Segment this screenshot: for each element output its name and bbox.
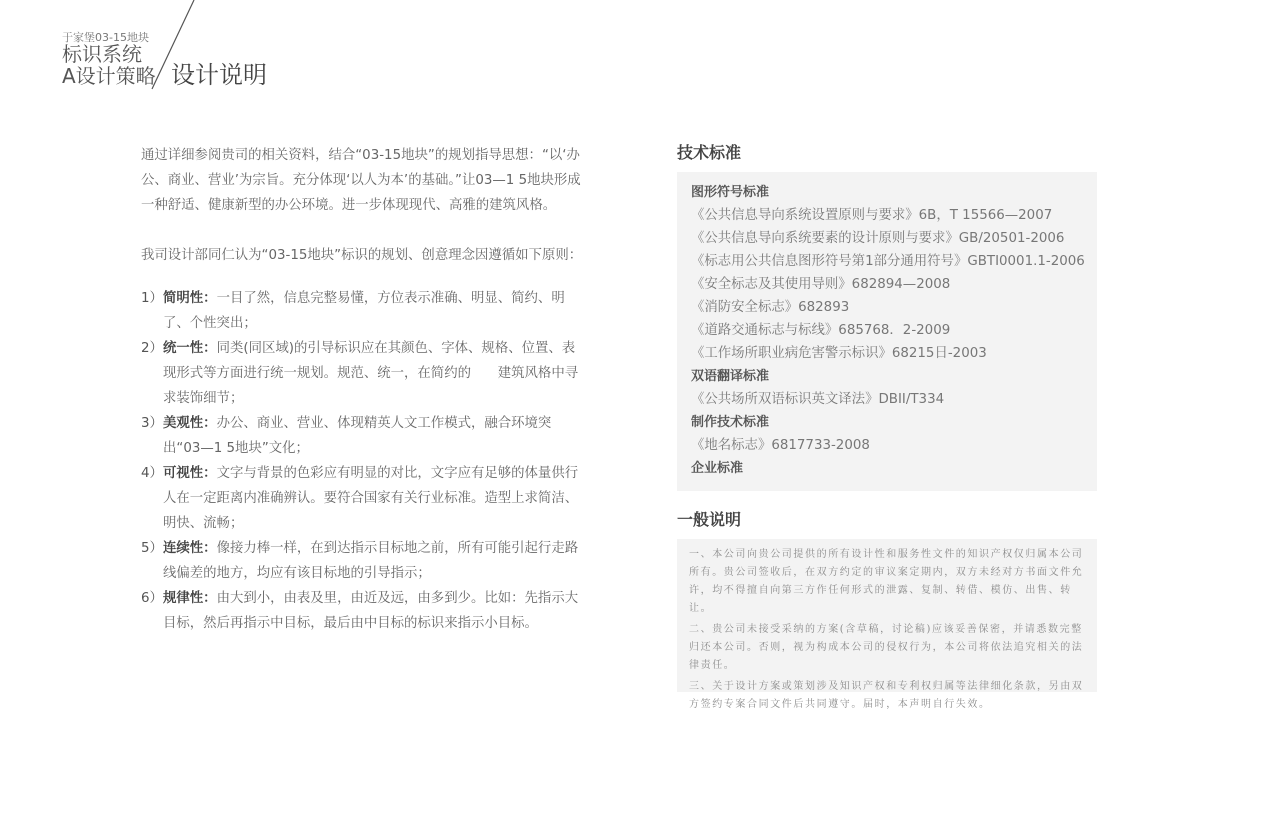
principles-list: 1）简明性：一目了然，信息完整易懂，方位表示准确、明显、简约、明了、个性突出； … — [141, 286, 586, 636]
technical-standards-title: 技术标准 — [677, 141, 1097, 165]
principle-text: 像接力棒一样，在到达指示目标地之前，所有可能引起行走路线偏差的地方，均应有该目标… — [163, 541, 578, 581]
principle-number: 6） — [141, 586, 163, 611]
principle-number: 2） — [141, 336, 163, 361]
principle-item: 3）美观性：办公、商业、营业、体现精英人文工作模式，融合环境突出“03—1 5地… — [141, 411, 586, 461]
section-label-design-strategy: A设计策略 — [62, 64, 156, 88]
standard-item: 《标志用公共信息图形符号第1部分通用符号》GBTI0001.1-2006 — [691, 250, 1083, 273]
principle-text: 一目了然，信息完整易懂，方位表示准确、明显、简约、明了、个性突出； — [163, 291, 565, 331]
standard-item: 《公共信息导向系统设置原则与要求》6B，T 15566—2007 — [691, 204, 1083, 227]
standards-column: 技术标准 图形符号标准 《公共信息导向系统设置原则与要求》6B，T 15566—… — [677, 141, 1097, 692]
design-principles-column: 通过详细参阅贵司的相关资料，结合“03-15地块”的规划指导思想：“以‘办公、商… — [141, 143, 586, 636]
standard-item: 《安全标志及其使用导则》682894—2008 — [691, 273, 1083, 296]
standard-item: 《公共信息导向系统要素的设计原则与要求》GB/20501-2006 — [691, 227, 1083, 250]
principle-key: 连续性： — [163, 541, 217, 556]
technical-standards-panel: 图形符号标准 《公共信息导向系统设置原则与要求》6B，T 15566—2007 … — [677, 172, 1097, 491]
principle-item: 6）规律性：由大到小，由表及里，由近及远，由多到少。比如：先指示大目标，然后再指… — [141, 586, 586, 636]
principle-item: 4）可视性：文字与背景的色彩应有明显的对比，文字应有足够的体量供行人在一定距离内… — [141, 461, 586, 536]
standard-item: 《公共场所双语标识英文译法》DBII/T334 — [691, 388, 1083, 411]
standard-item: 《消防安全标志》682893 — [691, 296, 1083, 319]
principle-number: 5） — [141, 536, 163, 561]
section-label-signage-system: 标识系统 — [62, 42, 142, 66]
general-notes-title: 一般说明 — [677, 508, 1097, 532]
principle-number: 4） — [141, 461, 163, 486]
principle-number: 3） — [141, 411, 163, 436]
principle-key: 美观性： — [163, 416, 217, 431]
principle-item: 5）连续性：像接力棒一样，在到达指示目标地之前，所有可能引起行走路线偏差的地方，… — [141, 536, 586, 586]
page-title: 设计说明 — [171, 61, 267, 89]
legal-clause: 一、本公司向贵公司提供的所有设计性和服务性文件的知识产权仅归属本公司所有。贵公司… — [689, 546, 1085, 618]
standard-item: 《工作场所职业病危害警示标识》68215日-2003 — [691, 342, 1083, 365]
principle-key: 简明性： — [163, 291, 217, 306]
principle-text: 办公、商业、营业、体现精英人文工作模式，融合环境突出“03—1 5地块”文化； — [163, 416, 551, 456]
general-notes-panel: 一、本公司向贵公司提供的所有设计性和服务性文件的知识产权仅归属本公司所有。贵公司… — [677, 539, 1097, 692]
legal-clause: 三、关于设计方案或策划涉及知识产权和专利权归属等法律细化条款，另由双方签约专案合… — [689, 678, 1085, 714]
legal-clause: 二、贵公司未接受采纳的方案(含草稿，讨论稿)应该妥善保密，并请悉数完整归还本公司… — [689, 621, 1085, 675]
principle-item: 2）统一性：同类(同区域)的引导标识应在其颜色、字体、规格、位置、表现形式等方面… — [141, 336, 586, 411]
standard-group-heading: 双语翻译标准 — [691, 365, 1083, 388]
design-description-page: 于家堡03-15地块 标识系统 A设计策略 设计说明 通过详细参阅贵司的相关资料… — [0, 0, 1280, 816]
principle-text: 同类(同区域)的引导标识应在其颜色、字体、规格、位置、表现形式等方面进行统一规划… — [163, 341, 578, 406]
standard-item: 《道路交通标志与标线》685768．2-2009 — [691, 319, 1083, 342]
principle-text: 由大到小，由表及里，由近及远，由多到少。比如：先指示大目标，然后再指示中目标，最… — [163, 591, 578, 631]
principle-text: 文字与背景的色彩应有明显的对比，文字应有足够的体量供行人在一定距离内准确辨认。要… — [163, 466, 578, 531]
standard-item: 《地名标志》6817733-2008 — [691, 434, 1083, 457]
principle-number: 1） — [141, 286, 163, 311]
intro-paragraph: 通过详细参阅贵司的相关资料，结合“03-15地块”的规划指导思想：“以‘办公、商… — [141, 143, 586, 218]
standard-group-heading: 企业标准 — [691, 457, 1083, 480]
principle-key: 规律性： — [163, 591, 217, 606]
principle-key: 可视性： — [163, 466, 217, 481]
standard-group-heading: 图形符号标准 — [691, 181, 1083, 204]
standard-group-heading: 制作技术标准 — [691, 411, 1083, 434]
statement-paragraph: 我司设计部同仁认为“03-15地块”标识的规划、创意理念因遵循如下原则： — [141, 243, 586, 268]
principle-item: 1）简明性：一目了然，信息完整易懂，方位表示准确、明显、简约、明了、个性突出； — [141, 286, 586, 336]
principle-key: 统一性： — [163, 341, 217, 356]
